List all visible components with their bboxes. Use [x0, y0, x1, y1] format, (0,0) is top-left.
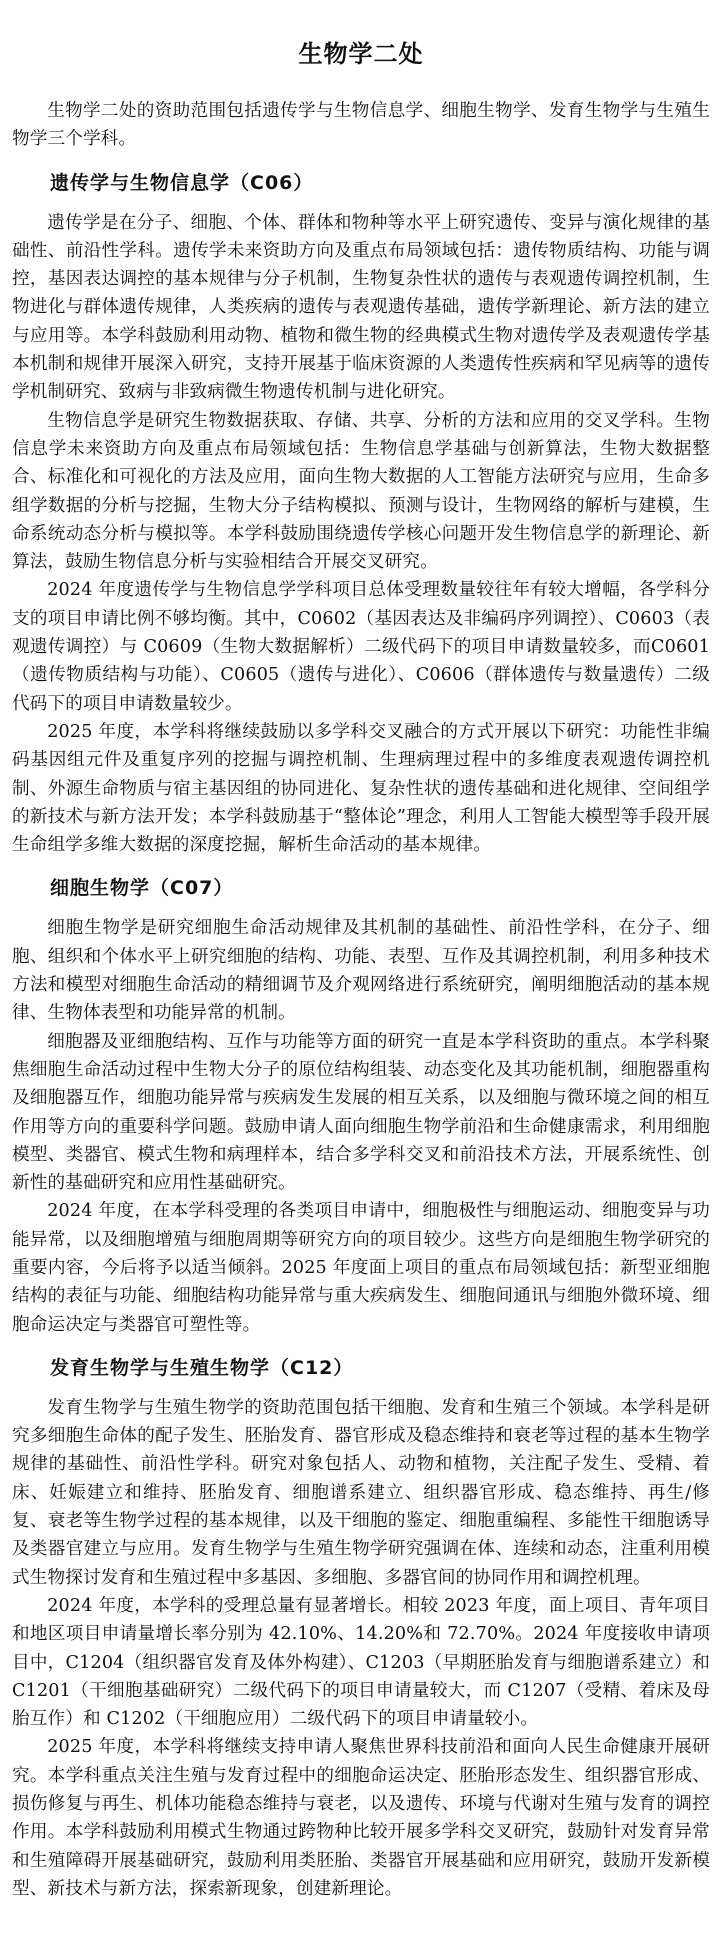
- section-cell-biology: 细胞生物学（C07） 细胞生物学是研究细胞生命活动规律及其机制的基础性、前沿性学…: [12, 873, 710, 1338]
- paragraph: 2024 年度遗传学与生物信息学学科项目总体受理数量较往年有较大增幅，各学科分支…: [12, 576, 710, 717]
- paragraph: 细胞生物学是研究细胞生命活动规律及其机制的基础性、前沿性学科，在分子、细胞、组织…: [12, 914, 710, 1027]
- section-heading: 细胞生物学（C07）: [50, 873, 710, 900]
- paragraph: 遗传学是在分子、细胞、个体、群体和物种等水平上研究遗传、变异与演化规律的基础性、…: [12, 209, 710, 407]
- paragraph: 发育生物学与生殖生物学的资助范围包括干细胞、发育和生殖三个领域。本学科是研究多细…: [12, 1394, 710, 1592]
- paragraph: 2025 年度，本学科将继续鼓励以多学科交叉融合的方式开展以下研究：功能性非编码…: [12, 718, 710, 859]
- paragraph: 2024 年度，本学科的受理总量有显著增长。相较 2023 年度，面上项目、青年…: [12, 1592, 710, 1733]
- section-developmental-reproductive-biology: 发育生物学与生殖生物学（C12） 发育生物学与生殖生物学的资助范围包括干细胞、发…: [12, 1353, 710, 1903]
- intro-paragraph: 生物学二处的资助范围包括遗传学与生物信息学、细胞生物学、发育生物学与生殖生物学三…: [12, 97, 710, 154]
- paragraph: 2025 年度，本学科将继续支持申请人聚焦世界科技前沿和面向人民生命健康开展研究…: [12, 1733, 710, 1903]
- paragraph: 2024 年度，在本学科受理的各类项目申请中，细胞极性与细胞运动、细胞变异与功能…: [12, 1197, 710, 1338]
- section-heading: 遗传学与生物信息学（C06）: [50, 168, 710, 195]
- page-title: 生物学二处: [12, 34, 710, 69]
- section-heading: 发育生物学与生殖生物学（C12）: [50, 1353, 710, 1380]
- section-genetics-bioinformatics: 遗传学与生物信息学（C06） 遗传学是在分子、细胞、个体、群体和物种等水平上研究…: [12, 168, 710, 860]
- paragraph: 细胞器及亚细胞结构、互作与功能等方面的研究一直是本学科资助的重点。本学科聚焦细胞…: [12, 1028, 710, 1198]
- document-page: 生物学二处 生物学二处的资助范围包括遗传学与生物信息学、细胞生物学、发育生物学与…: [0, 34, 720, 1903]
- paragraph: 生物信息学是研究生物数据获取、存储、共享、分析的方法和应用的交叉学科。生物信息学…: [12, 407, 710, 577]
